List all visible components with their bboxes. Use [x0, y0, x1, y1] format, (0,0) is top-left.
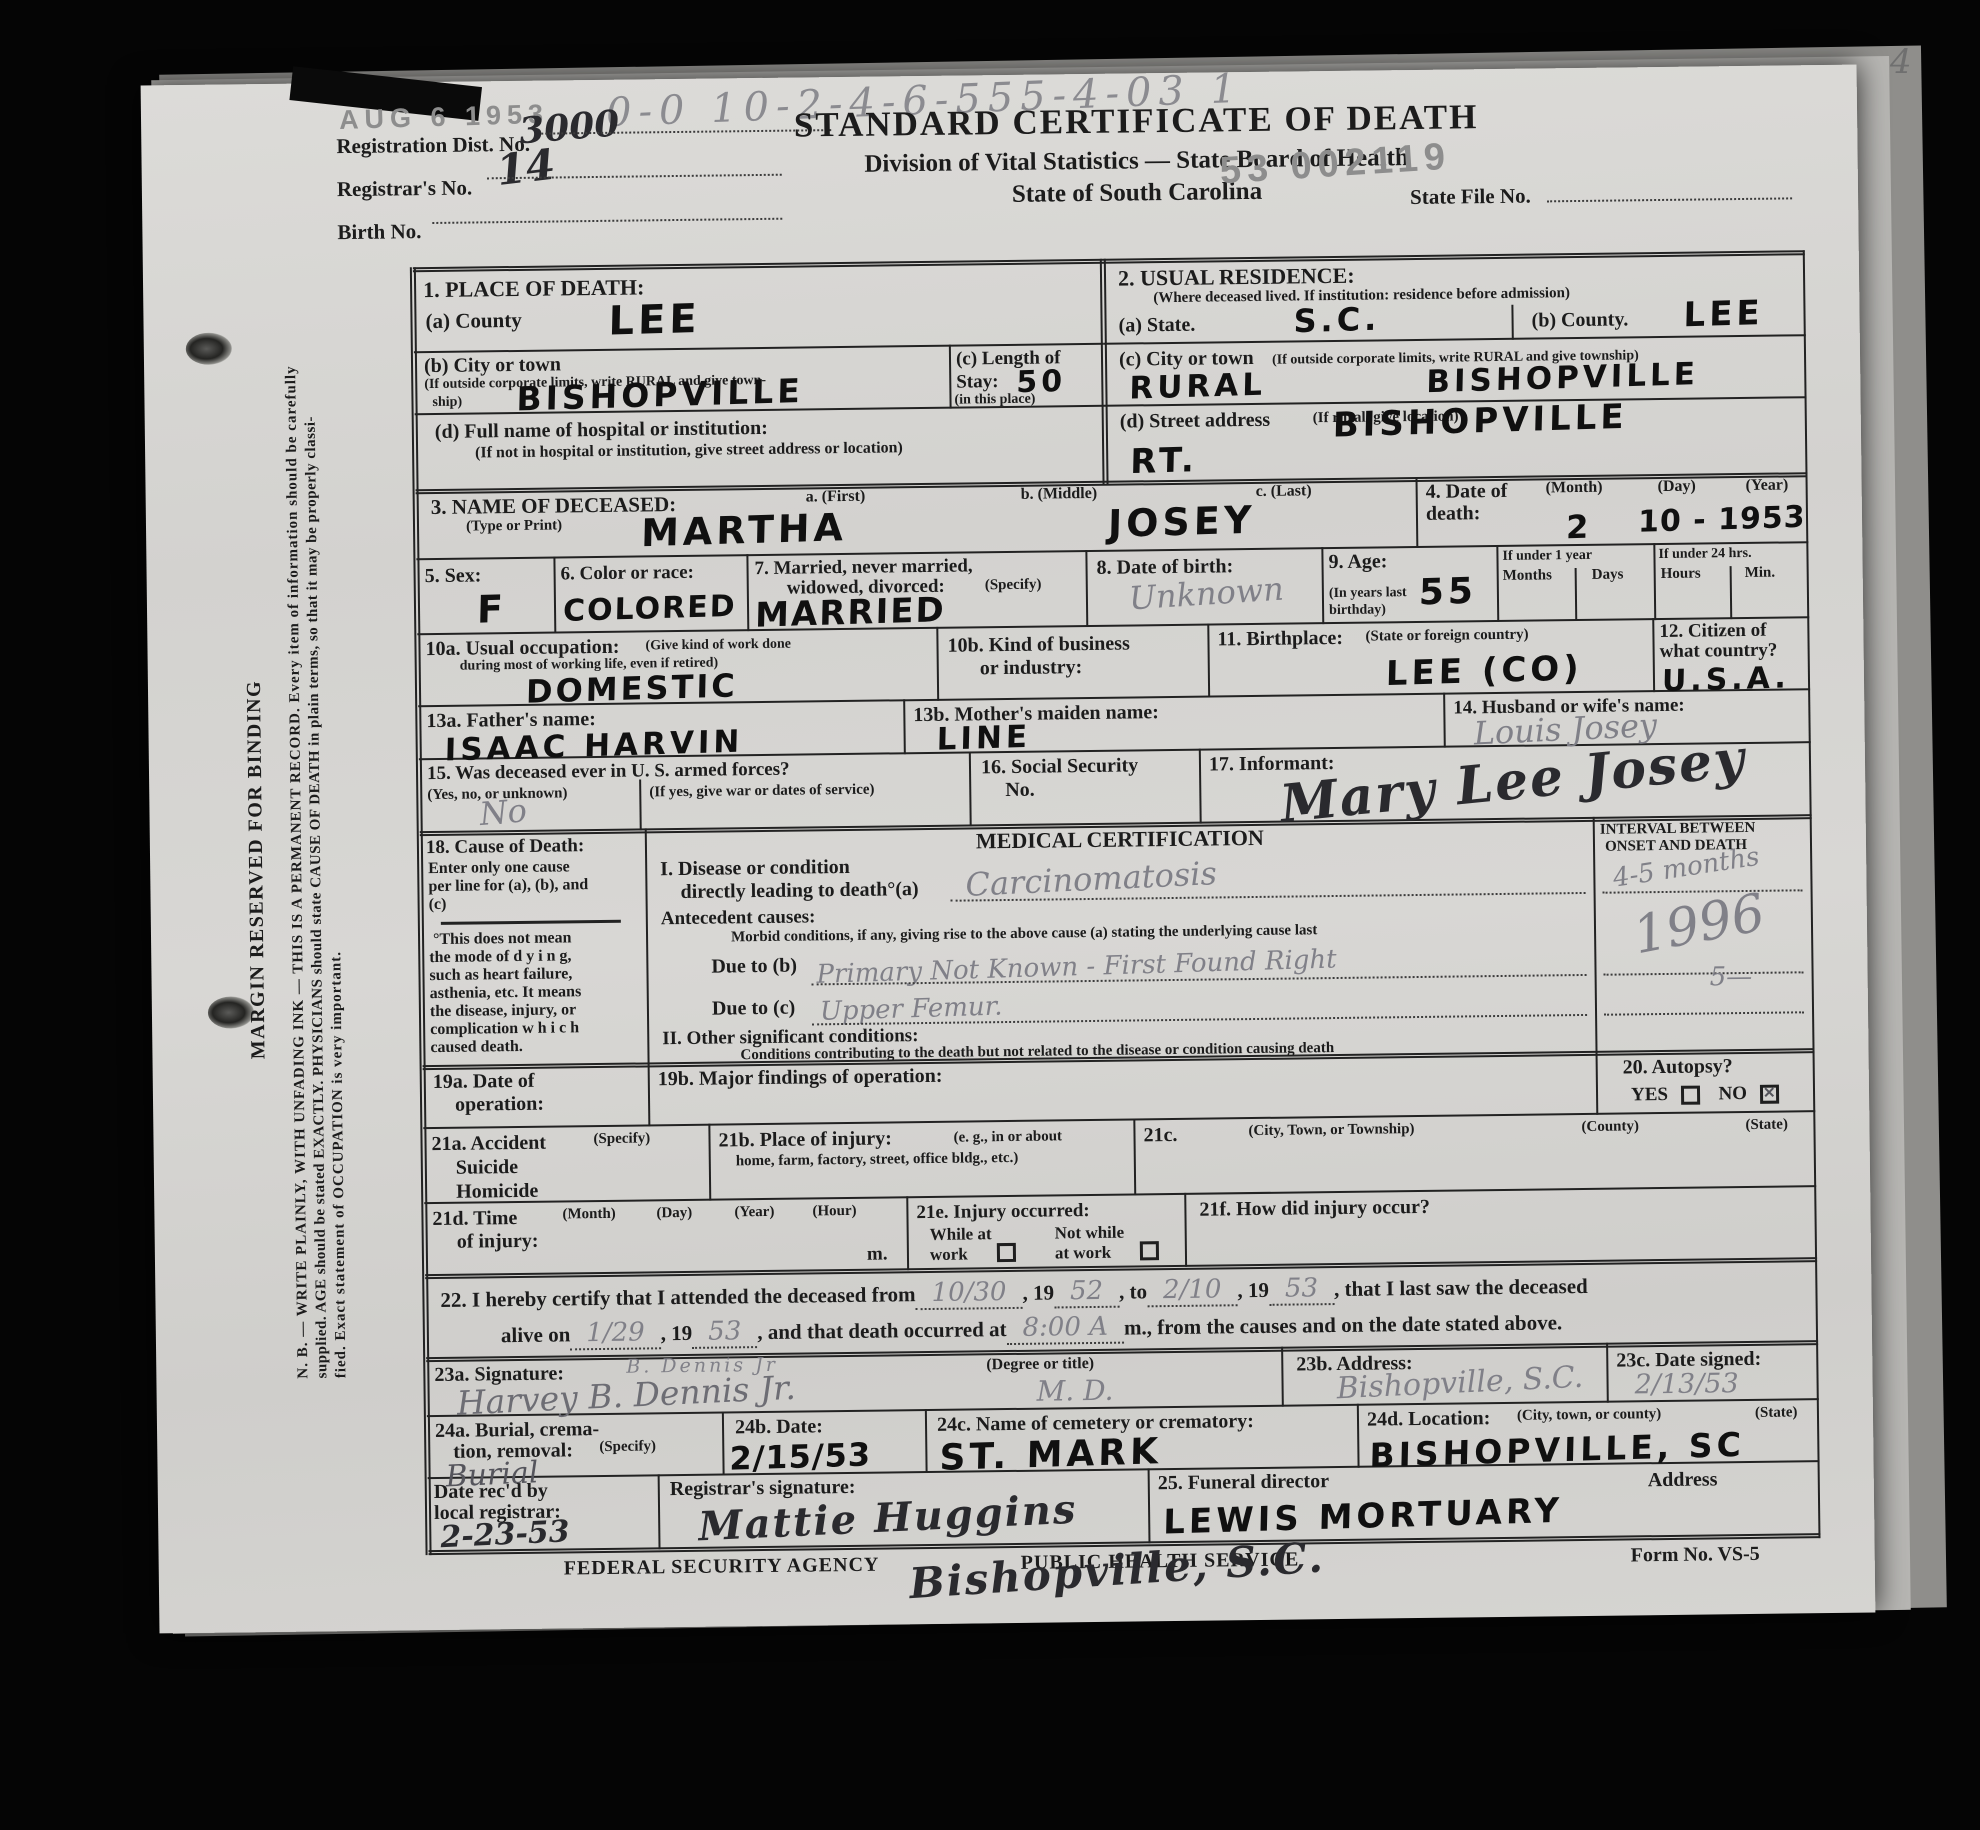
- date-received-value: 2-23-53: [440, 1514, 571, 1555]
- cause-footnote-line: the disease, injury, or: [430, 1002, 576, 1021]
- street-address-value1: RT.: [1130, 440, 1198, 482]
- residence-state-label: (a) State.: [1118, 315, 1195, 337]
- citizen-value: U.S.A.: [1662, 660, 1791, 699]
- certify-text: , to: [1119, 1280, 1147, 1302]
- state-file-line: [1547, 197, 1792, 202]
- place-city-value: BISHOPVILLE: [516, 371, 804, 419]
- months-label: Months: [1503, 568, 1552, 584]
- place-county-label: (a) County: [425, 309, 522, 332]
- due-to-b-label: Due to (b): [711, 956, 797, 978]
- burial-location-state-note: (State): [1755, 1405, 1798, 1421]
- injury-21c-label: 21c.: [1143, 1125, 1177, 1146]
- birthplace-value: LEE (CO): [1385, 648, 1583, 694]
- min-label: Min.: [1745, 566, 1776, 582]
- place-county-value: LEE: [608, 296, 701, 345]
- burial-date-value: 2/15/53: [729, 1435, 872, 1477]
- date-operation-label1: 19a. Date of: [433, 1071, 535, 1093]
- cause-footnote-line: °This does not mean: [433, 930, 572, 948]
- disease-label1: I. Disease or condition: [660, 857, 850, 880]
- date-signed-value: 2/13/53: [1634, 1368, 1738, 1400]
- attended-to-value: 2/10: [1147, 1274, 1238, 1307]
- autopsy-label: 20. Autopsy?: [1623, 1056, 1733, 1078]
- autopsy-yes-label: YES: [1631, 1084, 1668, 1105]
- death-month-value: 2: [1566, 508, 1593, 547]
- name-type-note: (Type or Print): [466, 518, 562, 535]
- place-city-note2: ship): [432, 396, 462, 411]
- certificate-paper: MARGIN RESERVED FOR BINDING N. B. — WRIT…: [141, 65, 1876, 1634]
- length-of-stay-label2: Stay:: [956, 372, 998, 392]
- burial-specify: (Specify): [599, 1439, 656, 1455]
- ssn-label1: 16. Social Security: [981, 755, 1138, 778]
- birth-no-label: Birth No.: [337, 220, 421, 243]
- cause-note-line: (c): [429, 897, 447, 914]
- color-race-label: 6. Color or race:: [560, 563, 694, 585]
- residence-county-label: (b) County.: [1531, 309, 1628, 331]
- scanned-death-certificate: { "stamps": { "received": "AUG 6 1953", …: [0, 0, 1980, 1830]
- cause-footnote-line: complication w h i c h: [430, 1020, 579, 1039]
- antecedent-label: Antecedent causes:: [661, 907, 816, 929]
- punch-hole: [186, 332, 232, 365]
- place-injury-note1: (e. g., in or about: [953, 1129, 1062, 1146]
- burial-location-label: 24d. Location:: [1367, 1408, 1491, 1431]
- place-injury-label: 21b. Place of injury:: [718, 1128, 892, 1151]
- occupation-note1: (Give kind of work done: [645, 638, 791, 654]
- section1-2-divider: [1100, 259, 1109, 485]
- injury-hour-label: (Hour): [812, 1204, 856, 1220]
- usual-residence-title: 2. USUAL RESIDENCE:: [1118, 264, 1355, 290]
- citizen-label1: 12. Citizen of: [1659, 621, 1766, 642]
- under24hrs-label: If under 24 hrs.: [1658, 547, 1751, 563]
- accident-label3: Homicide: [456, 1181, 538, 1203]
- hours-label: Hours: [1661, 567, 1701, 583]
- time-injury-label2: of injury:: [457, 1231, 539, 1253]
- injury-year-label: (Year): [734, 1205, 774, 1221]
- birth-no-line: [432, 218, 782, 224]
- sex-label: 5. Sex:: [425, 565, 482, 587]
- place-of-death-title: 1. PLACE OF DEATH:: [423, 275, 644, 301]
- age-note1: (In years last: [1329, 586, 1407, 602]
- days-label: Days: [1592, 567, 1624, 583]
- time-injury-label1: 21d. Time: [432, 1208, 517, 1230]
- interval-value2: 1996: [1629, 883, 1770, 967]
- business-label1: 10b. Kind of business: [947, 633, 1130, 656]
- registrar-no-label: Registrar's No.: [337, 176, 473, 200]
- residence-city-value2: BISHOPVILLE: [1426, 356, 1699, 400]
- name-first-value: MARTHA: [641, 505, 848, 555]
- age-value: 55: [1418, 571, 1477, 614]
- how-injury-label: 21f. How did injury occur?: [1199, 1197, 1430, 1221]
- date-received-label1: Date rec'd by: [434, 1481, 548, 1503]
- citizen-label2: what country?: [1660, 641, 1778, 662]
- hospital-note: (If not in hospital or institution, give…: [475, 440, 903, 462]
- injury-state-note: (State): [1745, 1117, 1788, 1133]
- while-at-work-label2: work: [930, 1246, 968, 1264]
- last-seen-value: 1/29: [570, 1317, 661, 1350]
- registrar-no-value: 14: [494, 140, 558, 195]
- not-while-label2: at work: [1055, 1244, 1111, 1263]
- injury-day-label: (Day): [656, 1206, 692, 1222]
- autopsy-options: YES NO ✕: [1631, 1084, 1779, 1106]
- autopsy-yes-checkbox: [1681, 1086, 1700, 1105]
- certify-text: alive on: [501, 1323, 571, 1346]
- certify-text: , and that death occurred at: [757, 1318, 1007, 1343]
- residence-county-value: LEE: [1683, 293, 1764, 335]
- mother-name-value: LINE: [936, 719, 1031, 758]
- cemetery-value: ST. MARK: [939, 1431, 1162, 1479]
- date-of-death-label2: death:: [1426, 503, 1481, 525]
- attended-from-value: 10/30: [915, 1277, 1022, 1310]
- interval-value3: 5—: [1709, 962, 1752, 993]
- major-findings-label: 19b. Major findings of operation:: [658, 1066, 943, 1090]
- cause-footnote-line: caused death.: [430, 1039, 523, 1057]
- street-address-label: (d) Street address: [1120, 410, 1271, 433]
- color-race-value: COLORED: [563, 589, 737, 629]
- interval-title1: INTERVAL BETWEEN: [1600, 821, 1756, 839]
- attended-from-year: 52: [1054, 1276, 1119, 1309]
- armed-forces-note2: (If yes, give war or dates of service): [649, 783, 874, 802]
- certify-text: 22. I hereby certify that I attended the…: [440, 1283, 915, 1311]
- while-at-work-label1: While at: [930, 1225, 992, 1244]
- injury-month-label: (Month): [562, 1207, 616, 1223]
- certify-text: , 19: [661, 1322, 693, 1344]
- cause-footnote-line: the mode of d y i n g,: [429, 948, 571, 967]
- injury-occurred-label: 21e. Injury occurred:: [916, 1201, 1089, 1223]
- funeral-director-value: LEWIS MORTUARY: [1163, 1491, 1564, 1543]
- name-last-value: JOSEY: [1108, 498, 1256, 546]
- business-label2: or industry:: [980, 657, 1083, 679]
- date-operation-label2: operation:: [455, 1094, 544, 1116]
- attended-to-year: 53: [1269, 1273, 1334, 1306]
- residence-city-value1: RURAL: [1129, 367, 1266, 407]
- form-border-top: [413, 250, 1805, 272]
- certify-text: , that I last saw the deceased: [1334, 1275, 1588, 1300]
- occupation-value: DOMESTIC: [526, 666, 739, 710]
- death-month-label: (Month): [1546, 480, 1603, 497]
- hospital-label: (d) Full name of hospital or institution…: [435, 418, 768, 443]
- disease-label2: directly leading to death°(a): [680, 879, 918, 903]
- last-seen-year: 53: [692, 1316, 757, 1349]
- armed-forces-label: 15. Was deceased ever in U. S. armed for…: [427, 760, 790, 784]
- under1year-label: If under 1 year: [1502, 549, 1592, 565]
- date-of-death-label1: 4. Date of: [1426, 481, 1508, 503]
- burial-label1: 24a. Burial, crema-: [435, 1419, 599, 1442]
- autopsy-no-label: NO: [1718, 1083, 1747, 1104]
- age-note2: birthday): [1329, 603, 1386, 618]
- certify-text: , 19: [1237, 1279, 1269, 1301]
- accident-specify: (Specify): [593, 1131, 650, 1147]
- burial-location-city-note: (City, town, or county): [1517, 1407, 1661, 1425]
- certify-text: , 19: [1022, 1281, 1054, 1303]
- cause-of-death-title: 18. Cause of Death:: [426, 836, 585, 858]
- armed-forces-value: No: [478, 791, 528, 833]
- corner-pencil-mark: 4: [1890, 42, 1912, 82]
- name-first-label: a. (First): [806, 489, 866, 507]
- due-to-c-label: Due to (c): [712, 998, 796, 1020]
- not-while-checkbox: [1140, 1241, 1159, 1260]
- degree-title-value: M. D.: [1036, 1374, 1113, 1408]
- funeral-director-label: 25. Funeral director: [1158, 1471, 1330, 1494]
- injury-m-label: m.: [867, 1245, 888, 1265]
- morbid-note: Morbid conditions, if any, giving rise t…: [731, 923, 1317, 946]
- name-last-label: c. (Last): [1256, 483, 1312, 500]
- margin-note-line3: fied. Exact statement of OCCUPATION is v…: [329, 951, 350, 1378]
- certify-text: m., from the causes and on the date stat…: [1124, 1311, 1563, 1338]
- length-of-stay-note: (in this place): [954, 393, 1035, 409]
- marital-specify: (Specify): [985, 578, 1042, 594]
- death-year-label: (Year): [1746, 477, 1789, 494]
- footer-form-no: Form No. VS-5: [1631, 1544, 1760, 1567]
- birthplace-label: 11. Birthplace:: [1217, 628, 1343, 651]
- death-time-value: 8:00 A: [1006, 1312, 1124, 1345]
- name-middle-label: b. (Middle): [1021, 486, 1098, 504]
- cause-footnote-line: such as heart failure,: [429, 966, 572, 985]
- cause-footnote-line: asthenia, etc. It means: [430, 984, 582, 1003]
- cause-note-line: Enter only one cause: [428, 859, 570, 878]
- age-label: 9. Age:: [1328, 551, 1387, 573]
- residence-state-value: S.C.: [1293, 300, 1381, 341]
- street-address-value2: BISHOPVILLE: [1332, 397, 1628, 446]
- certificate-title: STANDARD CERTIFICATE OF DEATH: [786, 99, 1486, 144]
- autopsy-no-checkbox: ✕: [1760, 1085, 1779, 1104]
- name-of-deceased-title: 3. NAME OF DECEASED:: [431, 493, 677, 518]
- burial-date-label: 24b. Date:: [735, 1416, 823, 1438]
- burial-location-value: BISHOPVILLE, SC: [1369, 1425, 1745, 1475]
- place-injury-note2: home, farm, factory, street, office bldg…: [736, 1151, 1019, 1170]
- cause-note-line: per line for (a), (b), and: [428, 877, 588, 896]
- death-dayyear-value: 10 - 1953: [1638, 500, 1806, 540]
- degree-title-label: (Degree or title): [986, 1356, 1094, 1374]
- accident-label1: 21a. Accident: [431, 1133, 546, 1155]
- injury-city-note: (City, Town, or Township): [1248, 1122, 1414, 1140]
- funeral-address-label: Address: [1648, 1469, 1718, 1491]
- injury-county-note: (County): [1581, 1119, 1639, 1135]
- not-while-label1: Not while: [1055, 1224, 1125, 1243]
- while-at-work-checkbox: [997, 1243, 1016, 1262]
- sex-value: F: [477, 587, 508, 632]
- death-day-label: (Day): [1658, 479, 1696, 496]
- margin-binding-text: MARGIN RESERVED FOR BINDING: [244, 680, 270, 1060]
- footer-agency: FEDERAL SECURITY AGENCY: [564, 1555, 880, 1580]
- state-file-label: State File No.: [1410, 185, 1531, 209]
- ssn-label2: No.: [1005, 780, 1035, 801]
- accident-label2: Suicide: [456, 1157, 519, 1179]
- marital-value: MARRIED: [755, 590, 946, 636]
- birthplace-note: (State or foreign country): [1365, 628, 1528, 646]
- place-city-label: (b) City or town: [424, 354, 561, 377]
